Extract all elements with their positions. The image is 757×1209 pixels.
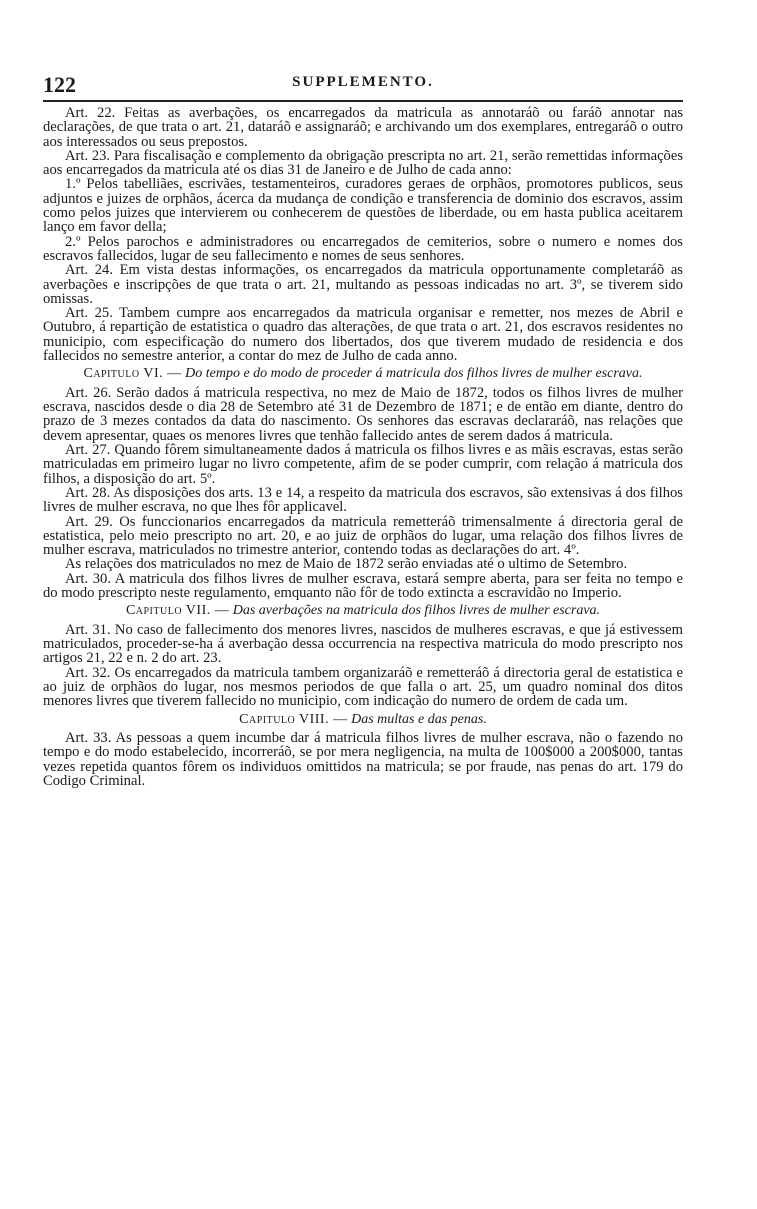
article-32: Art. 32. Os encarregados da matricula ta…: [43, 666, 683, 709]
document-page: 122 SUPPLEMENTO. Art. 22. Feitas as aver…: [43, 72, 683, 788]
article-23-item-1: 1.º Pelos tabelliães, escrivães, testame…: [43, 177, 683, 234]
article-29: Art. 29. Os funccionarios encarregados d…: [43, 515, 683, 558]
chapter-label: Capitulo VIII. —: [239, 712, 347, 727]
article-23: Art. 23. Para fiscalisação e complemento…: [43, 149, 683, 178]
chapter-label: Capitulo VII. —: [126, 603, 229, 618]
chapter-title: Do tempo e do modo de proceder á matricu…: [185, 366, 642, 381]
article-26: Art. 26. Serão dados á matricula respect…: [43, 386, 683, 443]
article-33: Art. 33. As pessoas a quem incumbe dar á…: [43, 731, 683, 788]
article-31: Art. 31. No caso de fallecimento dos men…: [43, 623, 683, 666]
chapter-label: Capitulo VI. —: [83, 366, 181, 381]
article-25: Art. 25. Tambem cumpre aos encarregados …: [43, 306, 683, 363]
article-24: Art. 24. Em vista destas informações, os…: [43, 263, 683, 306]
chapter-heading-viii: Capitulo VIII. — Das multas e das penas.: [61, 713, 665, 728]
article-30: Art. 30. A matricula dos filhos livres d…: [43, 572, 683, 601]
article-22: Art. 22. Feitas as averbações, os encarr…: [43, 106, 683, 149]
chapter-title: Das multas e das penas.: [351, 712, 487, 727]
chapter-heading-vi: Capitulo VI. — Do tempo e do modo de pro…: [61, 367, 665, 382]
chapter-title: Das averbações na matricula dos filhos l…: [233, 603, 600, 618]
chapter-heading-vii: Capitulo VII. — Das averbações na matric…: [61, 604, 665, 619]
article-27: Art. 27. Quando fôrem simultaneamente da…: [43, 443, 683, 486]
running-title: SUPPLEMENTO.: [43, 74, 683, 91]
page-header: 122 SUPPLEMENTO.: [43, 72, 683, 98]
body-text: Art. 22. Feitas as averbações, os encarr…: [43, 106, 683, 788]
article-23-item-2: 2.º Pelos parochos e administradores ou …: [43, 235, 683, 264]
header-rule: [43, 100, 683, 102]
article-28: Art. 28. As disposições dos arts. 13 e 1…: [43, 486, 683, 515]
article-29-paragraph: As relações dos matriculados no mez de M…: [43, 557, 683, 571]
